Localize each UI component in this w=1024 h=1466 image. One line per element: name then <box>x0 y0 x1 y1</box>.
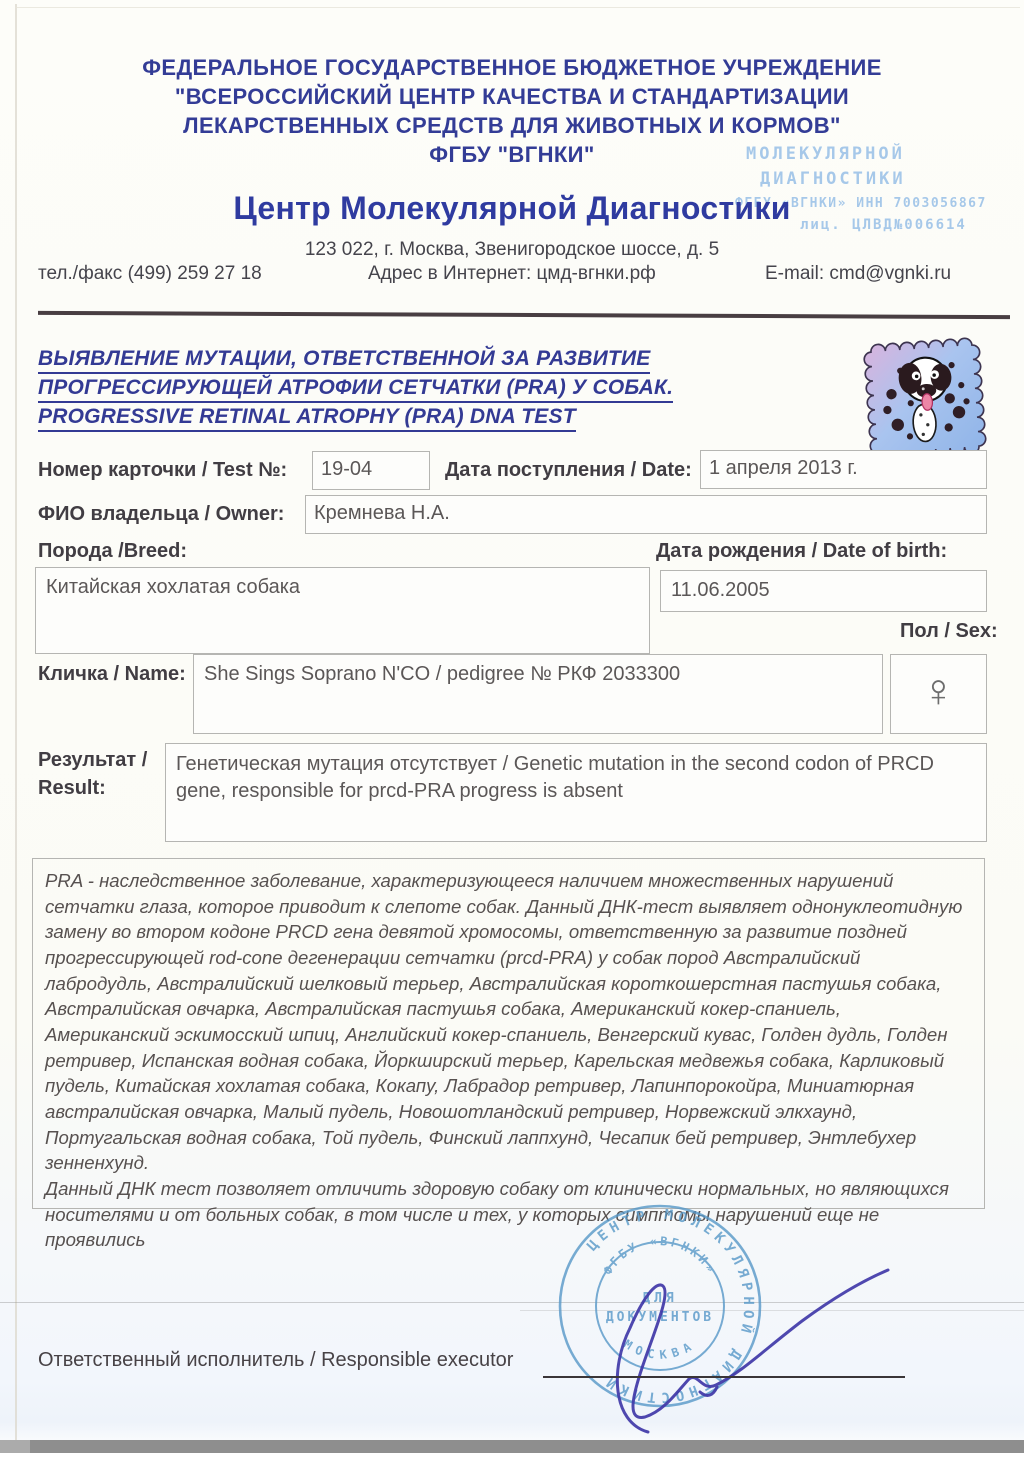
sex-field: ♀ <box>890 654 987 734</box>
birth-label: Дата рождения / Date of birth: <box>656 540 947 563</box>
phone-fax: тел./факс (499) 259 27 18 <box>38 263 262 285</box>
owner-field: Кремнева Н.А. <box>305 495 987 534</box>
center-title: Центр Молекулярной Диагностики <box>0 190 1024 227</box>
result-value: Генетическая мутация отсутствует / Genet… <box>166 744 986 805</box>
test-no-value: 19-04 <box>313 452 429 481</box>
scan-bottom-bar <box>0 1440 1024 1453</box>
date-received-label: Дата поступления / Date: <box>445 459 692 482</box>
scan-top-edge <box>15 7 1020 8</box>
executor-signature-line <box>543 1376 905 1378</box>
birth-value: 11.06.2005 <box>661 571 986 602</box>
test-title-line-2: ПРОГРЕССИРУЮЩЕЙ АТРОФИИ СЕТЧАТКИ (PRA) У… <box>38 376 673 403</box>
org-header-line-1: ФЕДЕРАЛЬНОЕ ГОСУДАРСТВЕННОЕ БЮДЖЕТНОЕ УЧ… <box>0 55 1024 81</box>
date-received-value: 1 апреля 2013 г. <box>701 451 986 480</box>
test-no-label: Номер карточки / Test №: <box>38 459 287 482</box>
result-field: Генетическая мутация отсутствует / Genet… <box>165 743 987 842</box>
test-no-field: 19-04 <box>312 451 430 490</box>
dalmatian-stamp-svg <box>854 331 998 466</box>
name-label: Кличка / Name: <box>38 663 186 686</box>
org-header-line-3: ЛЕКАРСТВЕННЫХ СРЕДСТВ ДЛЯ ЖИВОТНЫХ И КОР… <box>0 113 1024 139</box>
name-field: She Sings Soprano N'CO / pedigree № РКФ … <box>193 654 883 734</box>
owner-label: ФИО владельца / Owner: <box>38 503 284 526</box>
signature <box>540 1230 940 1445</box>
website: Адрес в Интернет: цмд-вгнки.рф <box>368 263 656 285</box>
signature-svg <box>540 1230 940 1445</box>
result-label-ru: Результат / <box>38 749 147 772</box>
sex-label: Пол / Sex: <box>900 620 998 643</box>
test-title-line-1: ВЫЯВЛЕНИЕ МУТАЦИИ, ОТВЕТСТВЕННОЙ ЗА РАЗВ… <box>38 347 650 374</box>
header-divider <box>38 311 1010 319</box>
result-label-en: Result: <box>38 777 106 800</box>
date-received-field: 1 апреля 2013 г. <box>700 450 987 489</box>
birth-field: 11.06.2005 <box>660 570 987 612</box>
female-symbol-icon: ♀ <box>891 655 986 713</box>
executor-label: Ответственный исполнитель / Responsible … <box>38 1349 513 1372</box>
pra-info-paragraph-1: PRA - наследственное заболевание, характ… <box>45 868 970 1176</box>
org-header-line-2: "ВСЕРОССИЙСКИЙ ЦЕНТР КАЧЕСТВА И СТАНДАРТ… <box>0 84 1024 110</box>
breed-value: Китайская хохлатая собака <box>36 568 649 599</box>
breed-label: Порода /Breed: <box>38 540 187 563</box>
email: E-mail: cmd@vgnki.ru <box>765 263 951 285</box>
scan-bottom-bar-notch <box>0 1440 30 1453</box>
test-title-line-3: PROGRESSIVE RETINAL ATROPHY (PRA) DNA TE… <box>38 405 576 432</box>
ghost-stamp-line-2: ДИАГНОСТИКИ <box>760 169 906 189</box>
owner-value: Кремнева Н.А. <box>306 496 986 525</box>
name-value: She Sings Soprano N'CO / pedigree № РКФ … <box>194 655 882 686</box>
breed-field: Китайская хохлатая собака <box>35 567 650 654</box>
ghost-stamp-line-1: МОЛЕКУЛЯРНОЙ <box>746 144 905 164</box>
pra-info-box: PRA - наследственное заболевание, характ… <box>32 858 985 1209</box>
dalmatian-stamp-illustration <box>854 331 998 466</box>
address-line: 123 022, г. Москва, Звенигородское шоссе… <box>0 239 1024 261</box>
